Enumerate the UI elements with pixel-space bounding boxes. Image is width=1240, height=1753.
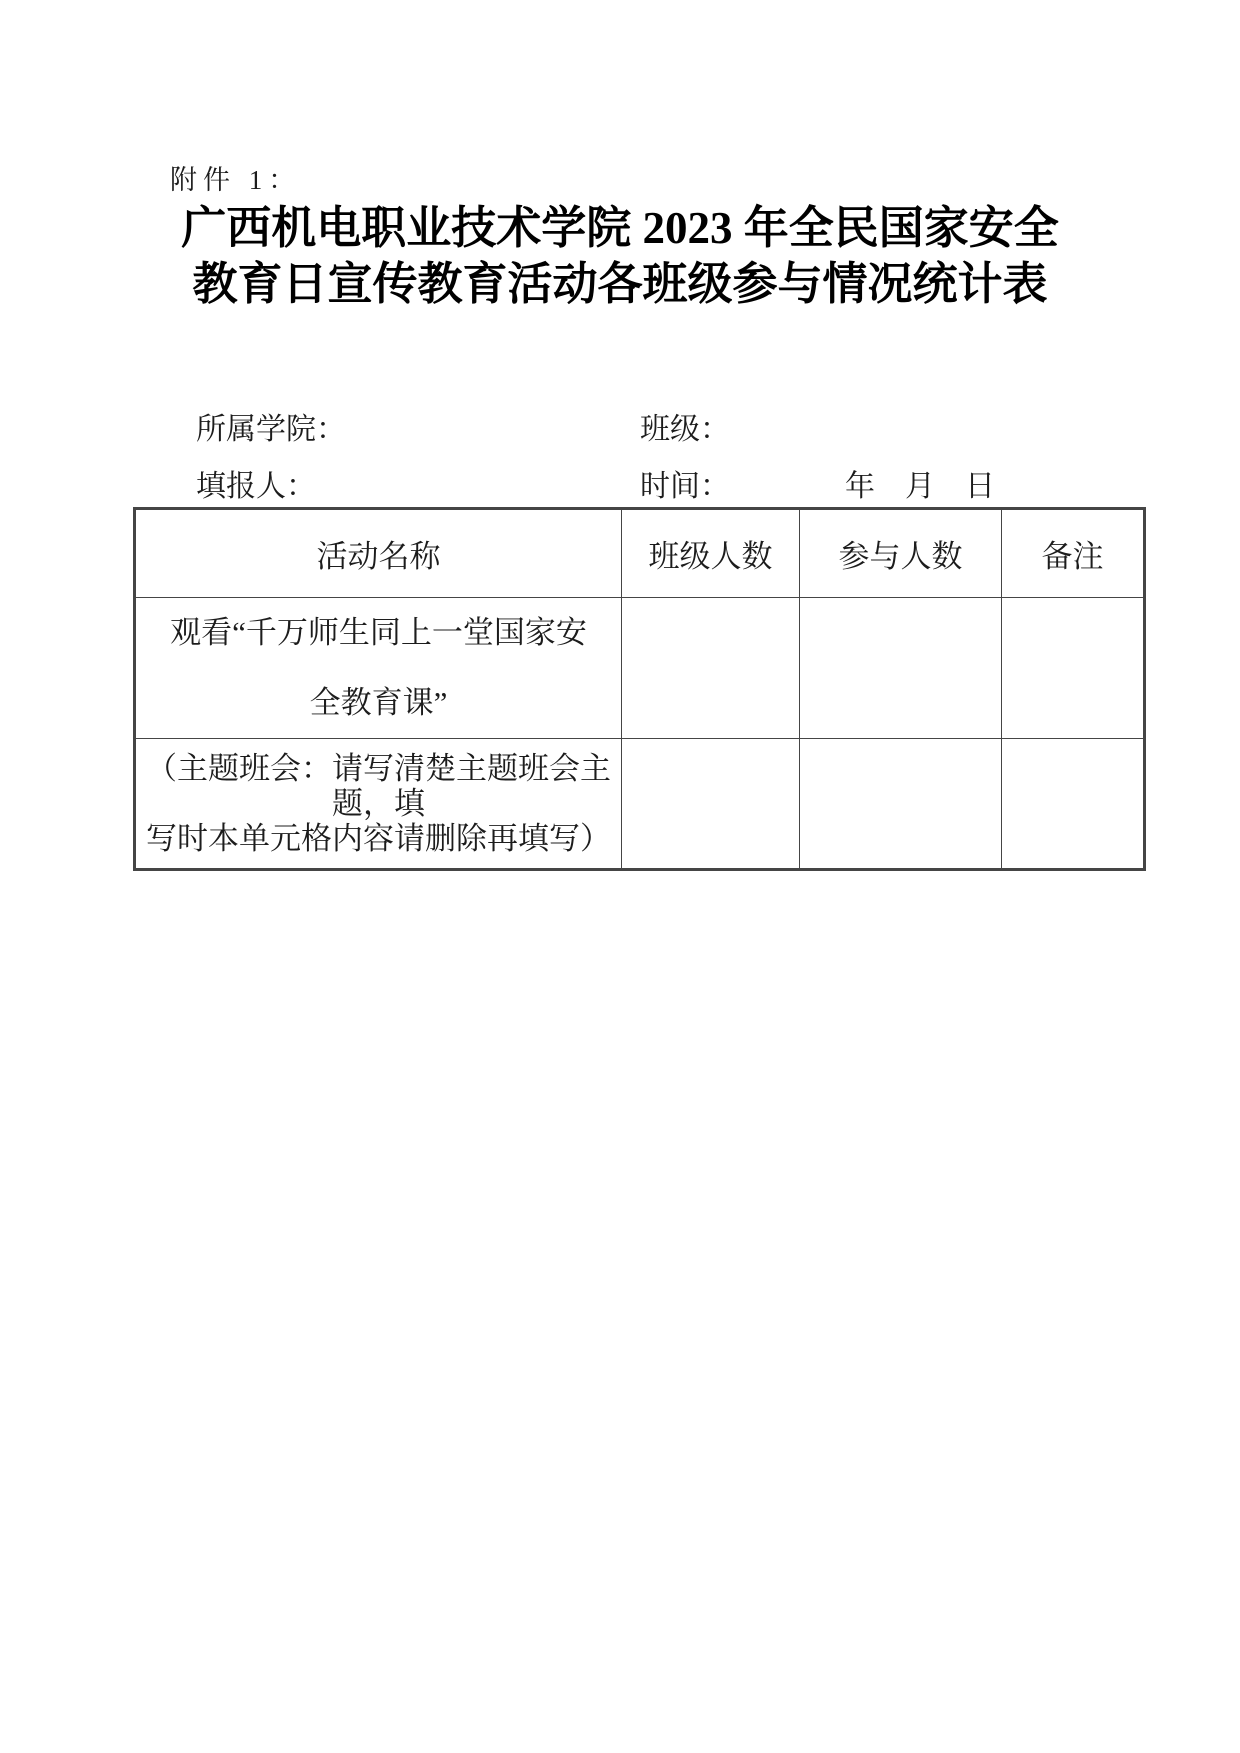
date-placeholder: 年 月 日 bbox=[845, 461, 995, 505]
theme-meeting-note-line-2: 写时本单元格内容请删除再填写） bbox=[136, 821, 621, 856]
participants-cell[interactable] bbox=[800, 739, 1002, 870]
attachment-label: 附件 1： bbox=[170, 158, 301, 197]
class-field[interactable] bbox=[735, 404, 965, 442]
class-size-cell[interactable] bbox=[622, 739, 800, 870]
class-label: 班级： bbox=[640, 404, 730, 448]
activity-name-line-1: 观看“千万师生同上一堂国家安 bbox=[136, 598, 621, 668]
college-label: 所属学院： bbox=[196, 404, 346, 448]
participants-cell[interactable] bbox=[800, 598, 1002, 739]
header-remarks: 备注 bbox=[1002, 509, 1145, 598]
reporter-label: 填报人： bbox=[196, 461, 316, 505]
title-line-2: 教育日宣传教育活动各班级参与情况统计表 bbox=[0, 256, 1240, 312]
time-label: 时间： bbox=[640, 461, 730, 505]
activity-name-cell: 观看“千万师生同上一堂国家安 全教育课” bbox=[135, 598, 622, 739]
remarks-cell[interactable] bbox=[1002, 598, 1145, 739]
table-row: （主题班会：请写清楚主题班会主题，填 写时本单元格内容请删除再填写） bbox=[135, 739, 1145, 870]
activity-name-line-2: 全教育课” bbox=[136, 668, 621, 738]
participation-table: 活动名称 班级人数 参与人数 备注 观看“千万师生同上一堂国家安 全教育课” （… bbox=[133, 507, 1146, 871]
reporter-field[interactable] bbox=[320, 461, 580, 499]
title-line-1: 广西机电职业技术学院 2023 年全民国家安全 bbox=[0, 200, 1240, 256]
document-title: 广西机电职业技术学院 2023 年全民国家安全 教育日宣传教育活动各班级参与情况… bbox=[0, 200, 1240, 312]
document-page: 附件 1： 广西机电职业技术学院 2023 年全民国家安全 教育日宣传教育活动各… bbox=[0, 0, 1240, 1753]
header-class-size: 班级人数 bbox=[622, 509, 800, 598]
header-activity-name: 活动名称 bbox=[135, 509, 622, 598]
table-row: 观看“千万师生同上一堂国家安 全教育课” bbox=[135, 598, 1145, 739]
theme-meeting-note-line-1: （主题班会：请写清楚主题班会主题，填 bbox=[136, 751, 621, 821]
college-field[interactable] bbox=[350, 404, 580, 442]
table-header-row: 活动名称 班级人数 参与人数 备注 bbox=[135, 509, 1145, 598]
header-participants: 参与人数 bbox=[800, 509, 1002, 598]
class-size-cell[interactable] bbox=[622, 598, 800, 739]
theme-meeting-note-cell[interactable]: （主题班会：请写清楚主题班会主题，填 写时本单元格内容请删除再填写） bbox=[135, 739, 622, 870]
remarks-cell[interactable] bbox=[1002, 739, 1145, 870]
